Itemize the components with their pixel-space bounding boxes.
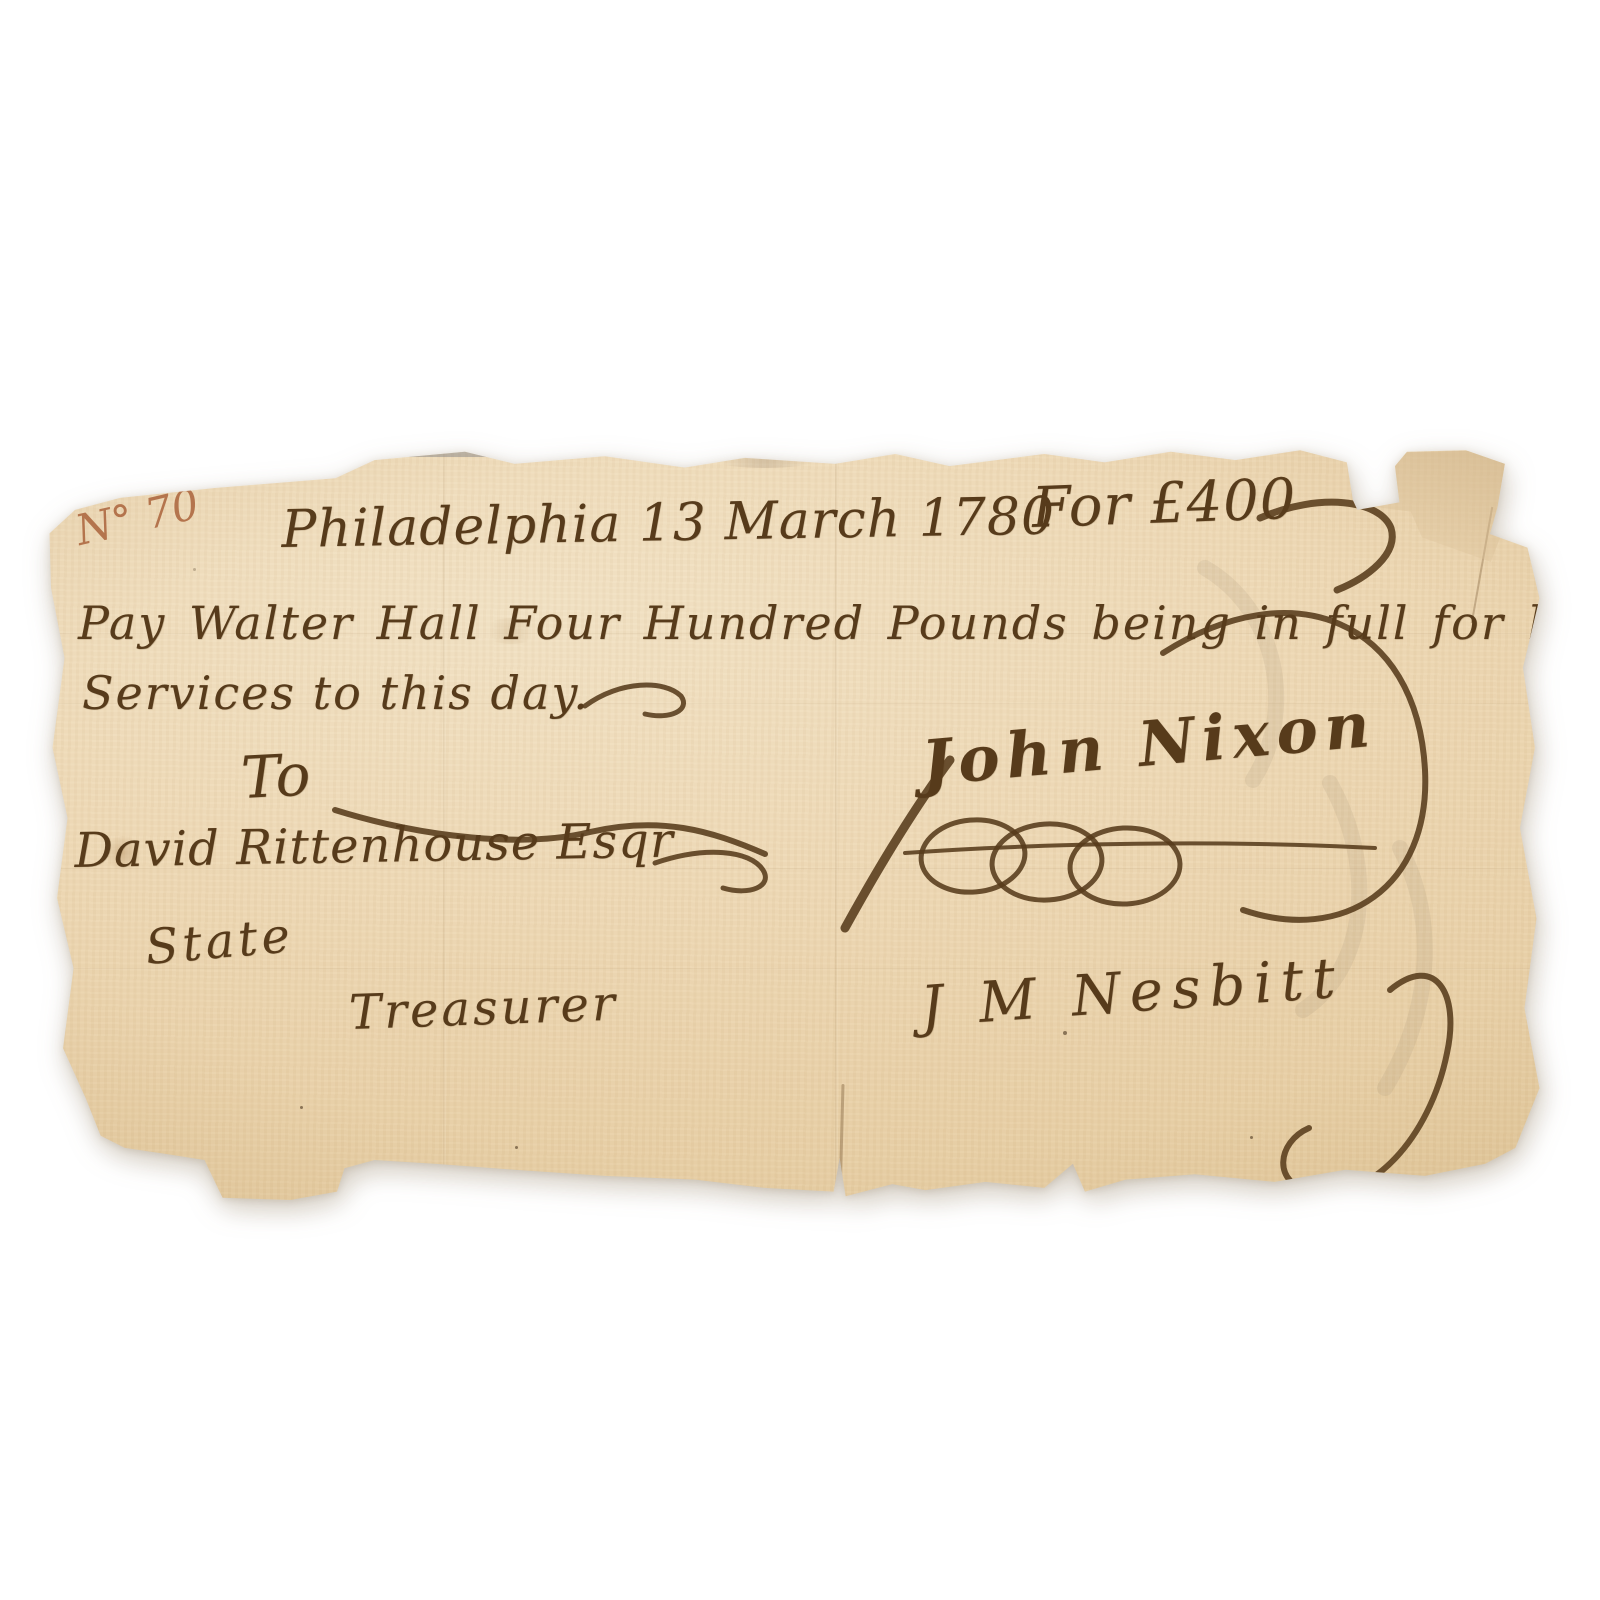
ink-speck: [1250, 1136, 1253, 1139]
torn-corner-flap: [1350, 450, 1510, 562]
ink-speck: [300, 1106, 303, 1109]
manuscript-pay-order: N° 70 Philadelphia 13 March 1780 For £40…: [45, 448, 1550, 1203]
addressee-title-state: State: [143, 907, 296, 976]
ink-speck: [1063, 1031, 1067, 1035]
addressee-title-treasurer: Treasurer: [348, 976, 619, 1041]
signature-john-nixon: John Nixon: [919, 688, 1380, 800]
body-line-2: Services to this day.: [82, 666, 590, 720]
bottom-tear: [838, 1084, 844, 1200]
body-line-1: Pay Walter Hall Four Hundred Pounds bein…: [78, 596, 1600, 650]
photo-background: N° 70 Philadelphia 13 March 1780 For £40…: [0, 0, 1600, 1600]
amount-line: For £400: [1031, 467, 1298, 541]
signature-j-m-nesbitt: J M Nesbitt: [918, 946, 1346, 1040]
document-number: N° 70: [71, 479, 203, 555]
paper-sheet: N° 70 Philadelphia 13 March 1780 For £40…: [45, 448, 1550, 1203]
place-date-line: Philadelphia 13 March 1780: [281, 487, 1056, 560]
addressee-line: David Rittenhouse Esqr: [74, 813, 674, 879]
edge-soiling: [705, 446, 825, 468]
ink-speck: [193, 568, 196, 571]
mount-residue: [371, 448, 527, 457]
address-to: To: [239, 740, 312, 812]
vertical-fold-crease: [835, 448, 838, 1203]
ink-speck: [515, 1146, 518, 1149]
